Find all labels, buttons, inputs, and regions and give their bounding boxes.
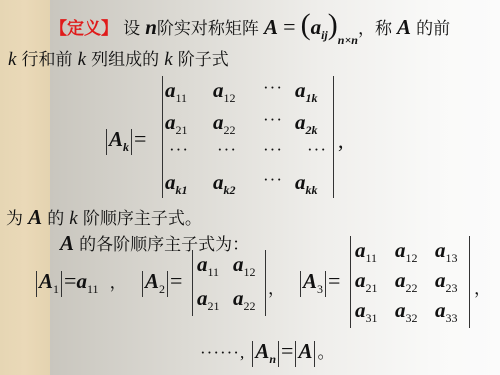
a2-determinant: a11 a12 a21 a22 [192, 250, 266, 316]
cell: ak2 [213, 170, 236, 198]
cell-dots: ··· [263, 110, 283, 130]
a3-determinant: a11 a12 a13 a21 a22 a23 a31 a32 a33 [350, 236, 470, 328]
text: 阶顺序主子式。 [83, 209, 202, 229]
cell: a11 [165, 78, 187, 106]
minor-an: ······, An=A。 [200, 338, 334, 367]
minor-a1: A1=a11 ， [34, 268, 127, 297]
text: 设 [123, 19, 140, 39]
text: 行和前 [22, 50, 73, 70]
text: 为 [6, 209, 23, 229]
equals-sign: = [283, 14, 295, 39]
symbol-A: A [109, 127, 123, 151]
cell: a21 [165, 110, 188, 138]
text: 列组成的 [91, 50, 159, 70]
cell-dots: ··· [217, 140, 237, 160]
text: 阶实对称矩阵 [157, 19, 259, 39]
left-paren: ( [301, 8, 311, 41]
definition-tag: 【定义】 [50, 19, 118, 39]
minor-a2-lhs: A2= [140, 268, 182, 297]
symbol-k: k [69, 208, 77, 229]
conclusion-line: 为 A 的 k 阶顺序主子式。 [6, 204, 202, 230]
cell: ak1 [165, 170, 188, 198]
definition-line-1: 【定义】 设 n阶实对称矩阵 A = (aij)n×n，称 A 的前 [50, 8, 450, 48]
sub-k: k [123, 140, 129, 154]
ak-determinant: a11 a12 ··· a1k a21 a22 ··· a2k ··· ··· … [162, 76, 334, 198]
cell-dots: ··· [263, 140, 283, 160]
size-sub: n×n [338, 33, 358, 47]
equals-sign: = [134, 126, 146, 151]
cell-dots: ··· [169, 140, 189, 160]
ak-lhs: Ak= [104, 126, 146, 155]
text: 的 [47, 209, 64, 229]
cell-dots: ··· [263, 170, 283, 190]
right-paren: ) [328, 8, 338, 41]
minor-a3-lhs: A3= [298, 268, 340, 297]
symbol-A: A [264, 15, 278, 39]
comma: ， [268, 274, 285, 299]
comma: , [338, 128, 344, 154]
text: ，称 [358, 19, 392, 39]
text: 阶子式 [178, 50, 229, 70]
cell: a2k [295, 110, 318, 138]
entry-sub: ij [321, 28, 328, 42]
symbol-A: A [28, 205, 42, 229]
symbol-A: A [397, 15, 411, 39]
definition-line-2: k 行和前 k 列组成的 k 阶子式 [8, 45, 229, 71]
cell-dots: ··· [307, 140, 327, 160]
slide-content: 【定义】 设 n阶实对称矩阵 A = (aij)n×n，称 A 的前 k 行和前… [0, 0, 500, 375]
symbol-A: A [60, 231, 74, 255]
symbol-k: k [78, 49, 86, 70]
cell: a12 [213, 78, 236, 106]
text: 的前 [416, 19, 450, 39]
symbol-k: k [164, 49, 172, 70]
cell-dots: ··· [263, 78, 283, 98]
symbol-k: k [8, 49, 16, 70]
cell: a22 [213, 110, 236, 138]
comma: ， [474, 274, 491, 299]
symbol-n: n [145, 15, 157, 39]
cell: a1k [295, 78, 318, 106]
ellipsis: ······, [200, 343, 245, 362]
cell: akk [295, 170, 318, 198]
entry-a: a [311, 15, 322, 39]
